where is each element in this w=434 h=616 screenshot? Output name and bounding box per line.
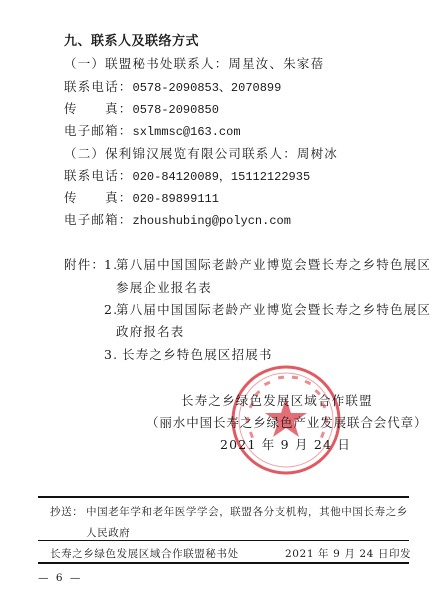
attachment-3-line1: 长寿之乡特色展区招展书 [122,347,273,363]
contact-1-fax-row: 传 真：0578-2090850 [64,101,219,118]
contact-2-phone-row: 联系电话：020-84120089，15112122935 [64,168,310,185]
contact-1-title: （一）联盟秘书处联系人：周星汝、朱家蓓 [64,56,324,72]
fax-label: 传 真： [64,190,133,205]
cc-label: 抄送： [50,505,83,519]
footer-top-rule [38,496,409,498]
signature-date: 2021 年 9 月 24 日 [220,437,351,453]
email-label: 电子邮箱： [64,123,133,138]
phone-label: 联系电话： [64,168,133,183]
footer-mid-rule [38,540,409,541]
attachment-1-line2: 参展企业报名表 [116,280,212,296]
contact-1-email[interactable]: sxlmmsc@163.com [133,125,241,139]
cc-line1: 中国老年学和老年医学学会，联盟各分支机构，其他中国长寿之乡 [86,505,408,519]
fax-label: 传 真： [64,101,133,116]
contact-2-fax: 020-89899111 [133,192,219,206]
contact-2-fax-row: 传 真：020-89899111 [64,190,219,207]
attachment-2-line2: 政府报名表 [116,324,185,340]
page-number: — 6 — [38,571,82,585]
contact-1-phone-row: 联系电话：0578-2090853、2070899 [64,79,281,96]
attachment-1-line1: 第八届中国国际老龄产业博览会暨长寿之乡特色展区 [116,257,431,273]
contact-1-phone: 0578-2090853、2070899 [133,81,282,95]
section-heading: 九、联系人及联络方式 [64,34,199,50]
issue-date: 2021 年 9 月 24 日印发 [285,547,411,561]
contact-2-email-row: 电子邮箱：zhoushubing@polycn.com [64,212,291,229]
signature-org-sub: （丽水中国长寿之乡绿色产业发展联合会代章） [146,415,427,431]
attachment-2-line1: 第八届中国国际老龄产业博览会暨长寿之乡特色展区 [116,302,431,318]
attachments-label: 附件： [64,257,105,273]
contact-2-title: （二）保利锦汉展览有限公司联系人：周树冰 [64,146,338,162]
footer-bottom-rule [38,562,409,564]
email-label: 电子邮箱： [64,212,133,227]
cc-line2: 人民政府 [86,526,130,540]
contact-1-fax: 0578-2090850 [133,103,219,117]
issuer: 长寿之乡绿色发展区域合作联盟秘书处 [50,547,239,561]
signature-org: 长寿之乡绿色发展区域合作联盟 [181,393,373,409]
phone-label: 联系电话： [64,79,133,94]
attachment-3-num: 3. [104,347,118,363]
contact-1-email-row: 电子邮箱：sxlmmsc@163.com [64,123,241,140]
contact-2-phone: 020-84120089，15112122935 [133,170,311,184]
contact-2-email[interactable]: zhoushubing@polycn.com [133,214,291,228]
